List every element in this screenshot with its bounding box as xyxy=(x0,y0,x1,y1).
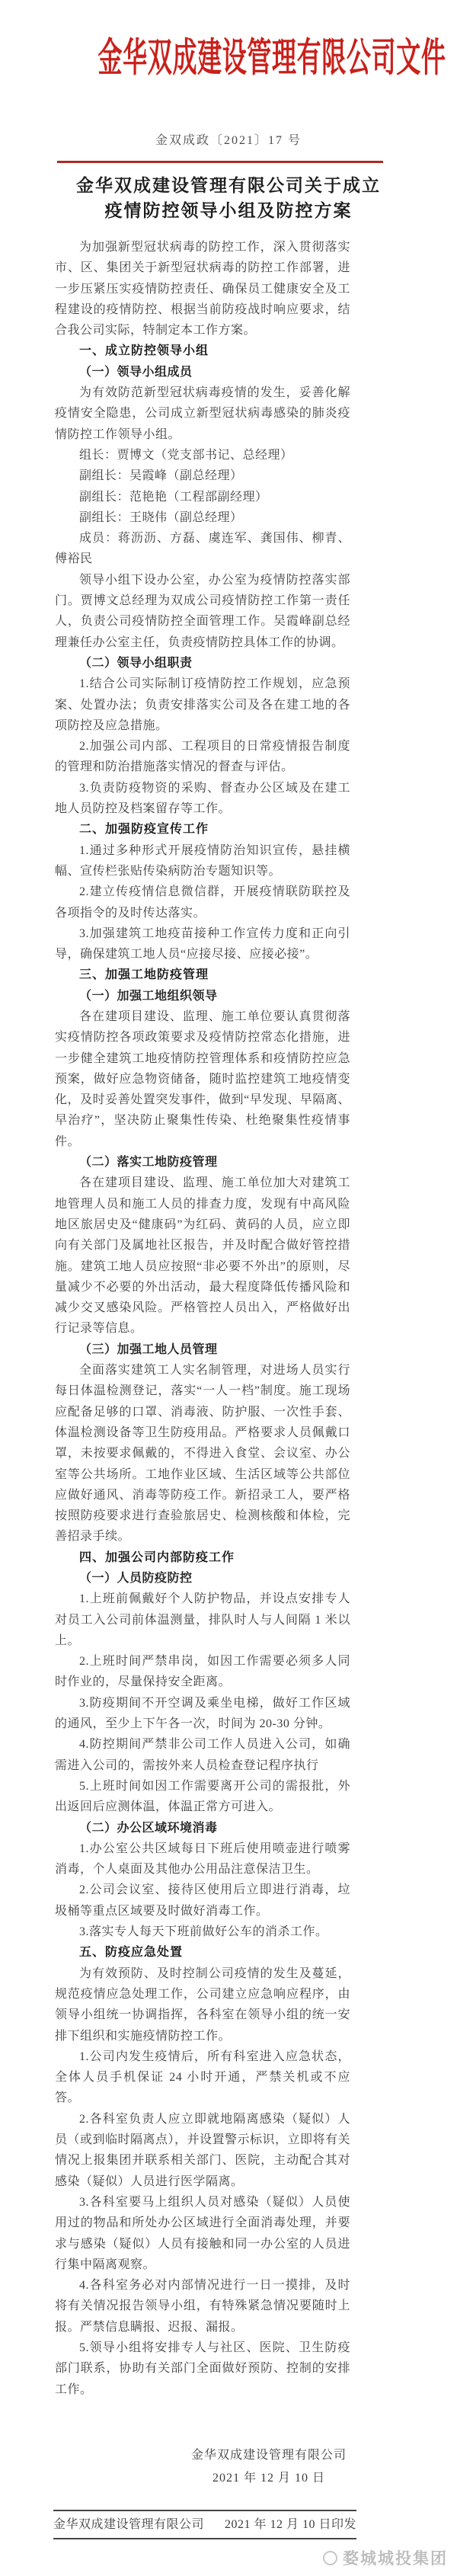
document-title-line1: 金华双成建设管理有限公司关于成立 xyxy=(0,173,457,198)
document-header-banner: 金华双成建设管理有限公司文件 xyxy=(98,33,446,84)
body-paragraph: 2.公司会议室、接待区使用后立即进行消毒，垃圾桶等重点区域要及时做好消毒工作。 xyxy=(55,1880,350,1922)
document-page: { "header": { "banner": "金华双成建设管理有限公司文件"… xyxy=(0,0,457,2576)
body-paragraph: 1.通过多种形式开展疫情防治知识宣传，悬挂横幅、宣传栏张贴传染病防治专题知识等。 xyxy=(55,840,350,882)
subsection-heading: （二）落实工地防疫管理 xyxy=(55,1152,350,1173)
signature-inner: 金华双成建设管理有限公司 2021 年 12 月 10 日 xyxy=(191,2444,347,2490)
subsection-heading: （三）加强工地人员管理 xyxy=(55,1339,350,1360)
body-paragraph: 副组长：王晓伟（副总经理） xyxy=(55,507,350,528)
body-paragraph: 2.上班时间严禁串岗，如因工作需要必须多人同时作业的，尽量保持安全距离。 xyxy=(55,1651,350,1693)
watermark-text: 婺城城投集团 xyxy=(343,2546,448,2569)
signature-block: 金华双成建设管理有限公司 2021 年 12 月 10 日 xyxy=(0,2444,457,2490)
body-paragraph: 2.各科室负责人应立即就地隔离感染（疑似）人员（或到临时隔离点），并设置警示标识… xyxy=(55,2109,350,2192)
body-paragraph: 4.防控期间严禁非公司工作人员进入公司，如确需进入公司的，需按外来人员检查登记程… xyxy=(55,1734,350,1776)
subsection-heading: （一）人员防疫防控 xyxy=(55,1568,350,1589)
body-paragraph: 组长：贾博文（党支部书记、总经理） xyxy=(55,445,350,466)
body-paragraph: 5.领导小组将安排专人与社区、医院、卫生防疫部门联系，协助有关部门全面做好预防、… xyxy=(55,2338,350,2400)
signature-company: 金华双成建设管理有限公司 xyxy=(191,2444,347,2467)
document-title: 金华双成建设管理有限公司关于成立 疫情防控领导小组及防控方案 xyxy=(0,173,457,223)
body-paragraph: 4.各科室务必对内部情况进行一日一摸排，及时将有关情况报告领导小组，有特殊紧急情… xyxy=(55,2275,350,2338)
subsection-heading: （二）领导小组职责 xyxy=(55,653,350,674)
document-number: 金双成政〔2021〕17 号 xyxy=(0,133,457,149)
body-paragraph: 3.负责防疫物资的采购、督查办公区域及在建工地人员防控及档案留存等工作。 xyxy=(55,778,350,820)
document-title-line2: 疫情防控领导小组及防控方案 xyxy=(0,198,457,223)
body-paragraph: 3.落实专人每天下班前做好公车的消杀工作。 xyxy=(55,1922,350,1942)
body-paragraph: 2.建立传疫情信息微信群，开展疫情联防联控及各项指令的及时传达落实。 xyxy=(55,882,350,923)
body-paragraph: 3.加强建筑工地疫苗接种工作宣传力度和正向引导，确保建筑工地人员“应接尽接、应接… xyxy=(55,923,350,965)
watermark: 婺城城投集团 xyxy=(323,2546,448,2569)
body-paragraph: 各在建项目建设、监理、施工单位要认真贯彻落实疫情防控各项政策要求及疫情防控常态化… xyxy=(55,1006,350,1152)
body-paragraph: 各在建项目建设、监理、施工单位加大对建筑工地管理人员和施工人员的排查力度，发现有… xyxy=(55,1173,350,1339)
footer-row: 金华双成建设管理有限公司 2021 年 12 月 10 日印发 xyxy=(53,2514,356,2532)
body-paragraph: 副组长：吴霞峰（副总经理） xyxy=(55,466,350,486)
circle-emblem-icon xyxy=(323,2551,337,2565)
subsection-heading: （一）加强工地组织领导 xyxy=(55,986,350,1006)
footer-divider-bottom xyxy=(53,2538,356,2539)
document-header: 金华双成建设管理有限公司文件 xyxy=(0,0,457,92)
subsection-heading: （二）办公区域环境消毒 xyxy=(55,1818,350,1838)
body-paragraph: 成员：蒋沥沥、方磊、虞连军、龚国伟、柳青、傅裕民 xyxy=(55,528,350,570)
body-paragraph: 全面落实建筑工人实名制管理，对进场人员实行每日体温检测登记，落实“一人一档”制度… xyxy=(55,1360,350,1547)
footer-company: 金华双成建设管理有限公司 xyxy=(53,2514,204,2532)
body-paragraph: 为有效预防、及时控制公司疫情的发生及蔓延，规范疫情应急处理工作，公司建立应急响应… xyxy=(55,1963,350,2046)
section-heading: 五、防疫应急处置 xyxy=(55,1942,350,1963)
footer-divider-top xyxy=(53,2510,356,2511)
section-heading: 一、成立防控领导小组 xyxy=(55,341,350,361)
body-paragraph: 副组长：范艳艳（工程部副经理） xyxy=(55,487,350,507)
body-paragraph: 为有效防范新型冠状病毒疫情的发生，妥善化解疫情安全隐患，公司成立新型冠状病毒感染… xyxy=(55,382,350,445)
body-paragraph: 3.各科室要马上组织人员对感染（疑似）人员使用过的物品和所处办公区域进行全面消毒… xyxy=(55,2192,350,2275)
section-heading: 四、加强公司内部防疫工作 xyxy=(55,1547,350,1568)
section-heading: 三、加强工地防疫管理 xyxy=(55,965,350,985)
body-paragraph: 3.防疫期间不开空调及乘坐电梯，做好工作区域的通风，至少上下午各一次，时间为 2… xyxy=(55,1693,350,1735)
body-paragraph: 5.上班时间如因工作需要离开公司的需报批，外出返回后应测体温，体温正常方可进入。 xyxy=(55,1776,350,1818)
subsection-heading: （一）领导小组成员 xyxy=(55,362,350,382)
body-paragraph: 2.加强公司内部、工程项目的日常疫情报告制度的管理和防治措施落实情况的督查与评估… xyxy=(55,736,350,778)
body-paragraph: 1.公司内发生疫情后，所有科室进入应急状态，全体人员手机保证 24 小时开通，严… xyxy=(55,2046,350,2109)
footer-print-date: 2021 年 12 月 10 日印发 xyxy=(225,2514,356,2532)
red-divider xyxy=(57,161,383,163)
body-paragraph: 1.结合公司实际制订疫情防控工作规划，应急预案、处置办法；负责安排落实公司及各在… xyxy=(55,674,350,736)
body-paragraph: 领导小组下设办公室，办公室为疫情防控落实部门。贾博文总经理为双成公司疫情防控工作… xyxy=(55,570,350,653)
body-paragraph: 1.办公室公共区域每日下班后使用喷壶进行喷雾消毒，个人桌面及其他办公用品注意保洁… xyxy=(55,1838,350,1880)
section-heading: 二、加强防疫宣传工作 xyxy=(55,819,350,840)
document-body: 为加强新型冠状病毒的防控工作，深入贯彻落实市、区、集团关于新型冠状病毒的防控工作… xyxy=(55,237,350,2400)
signature-date: 2021 年 12 月 10 日 xyxy=(191,2467,347,2490)
body-paragraph: 1.上班前佩戴好个人防护物品，并设点安排专人对员工入公司前体温测量，排队时人与人… xyxy=(55,1589,350,1651)
body-paragraph: 为加强新型冠状病毒的防控工作，深入贯彻落实市、区、集团关于新型冠状病毒的防控工作… xyxy=(55,237,350,341)
